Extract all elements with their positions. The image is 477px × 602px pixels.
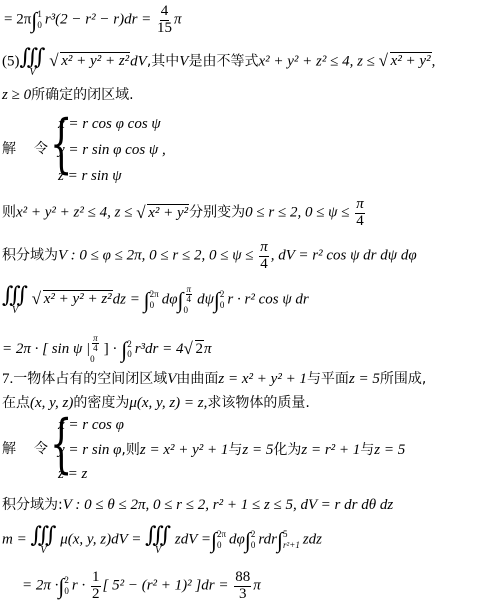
equation-line-1: = 2π∫10r³(2 − r² − r)dr = 415π <box>4 4 182 37</box>
sqrt-expression: x² + y² <box>136 206 189 221</box>
result-expression: = 2π · [ sin ψ |π40] · ∫20r³dr = 42π <box>2 334 212 365</box>
problem-label: (5) <box>2 53 20 69</box>
solution-label: 解 <box>2 142 16 157</box>
integrand: r³(2 − r² − r)dr = <box>45 12 151 28</box>
integration-domain: 积分域为V : 0 ≤ φ ≤ 2π, 0 ≤ r ≤ 2, 0 ≤ ψ ≤ π… <box>2 240 417 273</box>
pi-symbol: π <box>174 12 182 28</box>
system-eq-1: x = r cos φ cos ψ <box>58 117 161 132</box>
integral-limits: 10 <box>37 9 42 31</box>
triple-integral: ∭V <box>2 284 28 316</box>
system-eq-1: x = r cos φ <box>58 418 124 433</box>
fraction: 12 <box>91 570 101 602</box>
let-label: 令 <box>34 142 48 157</box>
problem-7-statement: 7.一物体占有的空间闭区域V由曲面z = x² + y² + 1与平面z = 5… <box>2 372 426 387</box>
problem-7-statement-cont: 在点(x, y, z)的密度为μ(x, y, z) = z,求该物体的质量. <box>2 396 310 411</box>
fraction: 415 <box>157 4 172 37</box>
equation-prefix: = 2π <box>4 12 31 28</box>
integration-domain: 积分域为:V : 0 ≤ θ ≤ 2π, 0 ≤ r ≤ 2, r² + 1 ≤… <box>2 498 393 513</box>
fraction: 883 <box>234 570 251 602</box>
sqrt-expression: x² + y² + z² <box>32 292 113 307</box>
sqrt-expression: x² + y² <box>379 54 432 69</box>
let-label: 令 <box>34 442 48 457</box>
transform-statement: 则x² + y² + z² ≤ 4, z ≤ x² + y²分别变为0 ≤ r … <box>2 197 367 230</box>
problem-5-statement: (5)∭V x² + y² + z²dV,其中V是由不等式x² + y² + z… <box>2 46 435 78</box>
triple-integral: ∭V <box>145 524 171 556</box>
fraction: π4 <box>355 197 365 230</box>
sqrt-expression: x² + y² + z² <box>49 54 130 69</box>
system-eq-2: y = r sin φ cos ψ , <box>58 143 166 158</box>
evaluation-limits: π40 <box>90 334 101 365</box>
system-eq-3: z = r sin ψ <box>58 169 122 184</box>
fraction: π4 <box>259 240 269 273</box>
sqrt-expression: 2 <box>184 342 205 357</box>
mass-result: = 2π ·∫20r · 12[ 5² − (r² + 1)² ]dr = 88… <box>22 570 261 602</box>
mass-integral: m = ∭V μ(x, y, z)dV = ∭V zdV =∫2π0dφ∫20r… <box>2 524 322 556</box>
system-eq-2-with-transform: y = r sin φ,则z = x² + y² + 1与z = 5化为z = … <box>58 443 405 458</box>
problem-5-statement-cont: z ≥ 0所确定的闭区域. <box>2 88 134 103</box>
triple-integral: ∭V <box>20 46 46 78</box>
solution-label: 解 <box>2 442 16 457</box>
system-eq-3: z = z <box>58 467 87 482</box>
integral-expression: ∭V x² + y² + z²dz = ∫2π0dφ∫π40dψ∫20r · r… <box>2 284 309 316</box>
triple-integral: ∭V <box>30 524 56 556</box>
